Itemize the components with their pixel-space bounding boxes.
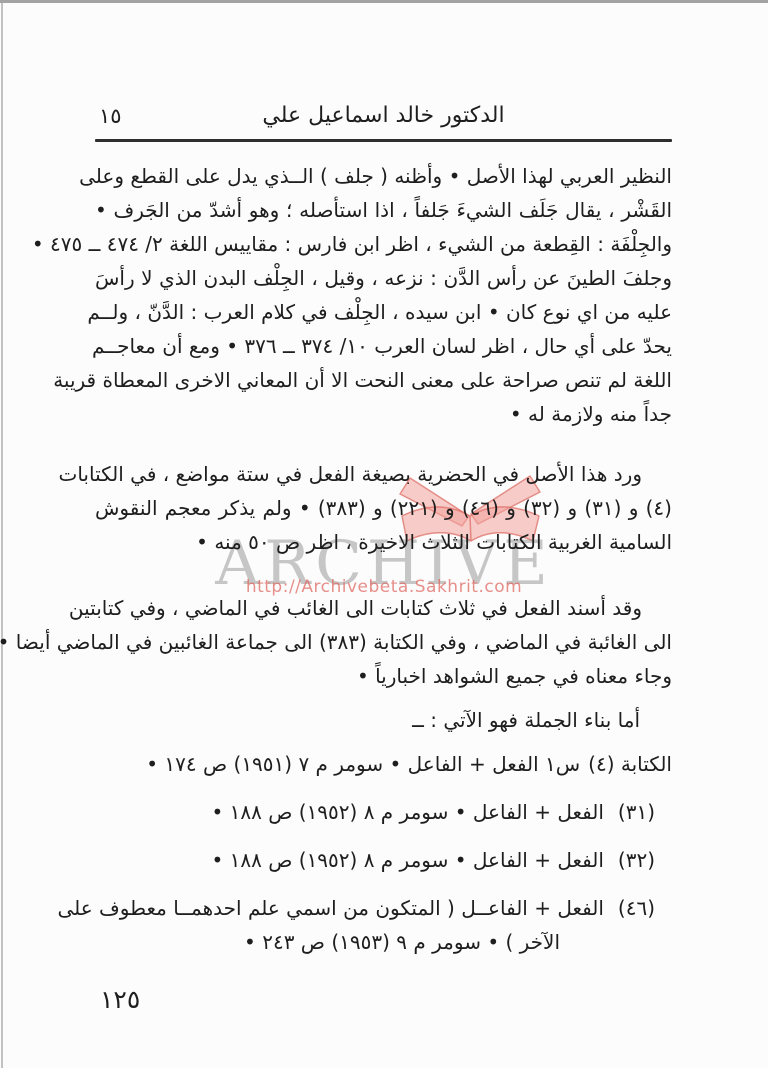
text-line: (٤٦)الفعل + الفاعــل ( المتكون من اسمي ع… (95, 891, 672, 925)
text-line: وقد أسند الفعل في ثلاث كتابات الى الغائب… (95, 591, 672, 625)
text-line: السامية الغربية الكتابات الثلاث الاخيرة … (95, 525, 672, 559)
paragraph-2: ورد هذا الأصل في الحضرية بصيغة الفعل في … (95, 457, 672, 559)
text-line: الآخر ) • سومر م ٩ (١٩٥٣) ص ٢٤٣ • (95, 925, 672, 959)
scanned-book-page: ARCHIVE http://Archivebeta.Sakhrit.com ١… (0, 0, 768, 1068)
list-item-number: (٣٢) (618, 848, 655, 872)
text-line: (٣٢)الفعل + الفاعل • سومر م ٨ (١٩٥٢) ص ١… (95, 843, 672, 877)
text-line: (٤) و (٣١) و (٣٢) و (٤٦) و (٢٢١) و (٣٨٣)… (95, 491, 672, 525)
header-rule (95, 139, 672, 142)
list-item-text: الفعل + الفاعــل ( المتكون من اسمي علم ا… (57, 896, 603, 920)
text-line: وجاء معناه في جميع الشواهد اخبارياً • (95, 659, 672, 693)
text-line: ورد هذا الأصل في الحضرية بصيغة الفعل في … (95, 457, 672, 491)
list-item-number: (٤٦) (618, 896, 655, 920)
page-header: ١٥ الدكتور خالد اسماعيل علي (95, 102, 672, 132)
paragraph-3: وقد أسند الفعل في ثلاث كتابات الى الغائب… (95, 591, 672, 693)
text-line: جداً منه ولازمة له • (95, 397, 672, 431)
list-item: (٣٢)الفعل + الفاعل • سومر م ٨ (١٩٥٢) ص ١… (95, 843, 672, 877)
list-item-number: (٣١) (618, 800, 655, 824)
text-line: الكتابة (٤)س١ الفعل + الفاعل • سومر م ٧ … (95, 747, 672, 781)
header-author-title: الدكتور خالد اسماعيل علي (95, 102, 672, 130)
text-line: (٣١)الفعل + الفاعل • سومر م ٨ (١٩٥٢) ص ١… (95, 795, 672, 829)
text-line: وجلفَ الطينَ عن رأس الدَّن : نزعه ، وقيل… (95, 261, 672, 295)
inscription-list: الكتابة (٤)س١ الفعل + الفاعل • سومر م ٧ … (95, 747, 672, 959)
list-item-text: الفعل + الفاعل • سومر م ٨ (١٩٥٢) ص ١٨٨ • (211, 800, 603, 824)
text-line: الى الغائبة في الماضي ، وفي الكتابة (٣٨٣… (95, 625, 672, 659)
list-item-text: س١ الفعل + الفاعل • سومر م ٧ (١٩٥١) ص ١٧… (146, 752, 580, 776)
list-item-text: الفعل + الفاعل • سومر م ٨ (١٩٥٢) ص ١٨٨ • (211, 848, 603, 872)
sentence-structure-lead: أما بناء الجملة فهو الآتي : ــ (95, 703, 672, 737)
page-content: ١٥ الدكتور خالد اسماعيل علي النظير العرب… (95, 0, 672, 1015)
text-line: القَشْر ، يقال جَلَف الشيءَ جَلفاً ، اذا… (95, 193, 672, 227)
list-item-number: الكتابة (٤) (588, 752, 672, 776)
footer-page-number: ١٢٥ (95, 985, 672, 1015)
paragraph-1: النظير العربي لهذا الأصل • وأظنه ( جلف )… (95, 159, 672, 431)
header-page-number: ١٥ (99, 102, 122, 130)
text-line: عليه من اي نوع كان • ابن سيده ، الجِلْف … (95, 295, 672, 329)
scan-left-edge (1, 3, 3, 1068)
list-item: (٣١)الفعل + الفاعل • سومر م ٨ (١٩٥٢) ص ١… (95, 795, 672, 829)
list-item: الكتابة (٤)س١ الفعل + الفاعل • سومر م ٧ … (95, 747, 672, 781)
list-item: (٤٦)الفعل + الفاعــل ( المتكون من اسمي ع… (95, 891, 672, 959)
text-line: النظير العربي لهذا الأصل • وأظنه ( جلف )… (95, 159, 672, 193)
text-line: والجِلْفَة : القِطعة من الشيء ، اظر ابن … (95, 227, 672, 261)
text-line: اللغة لم تنص صراحة على معنى النحت الا أن… (95, 363, 672, 397)
text-line: يحدّ على أي حال ، اظر لسان العرب ١٠/ ٣٧٤… (95, 329, 672, 363)
